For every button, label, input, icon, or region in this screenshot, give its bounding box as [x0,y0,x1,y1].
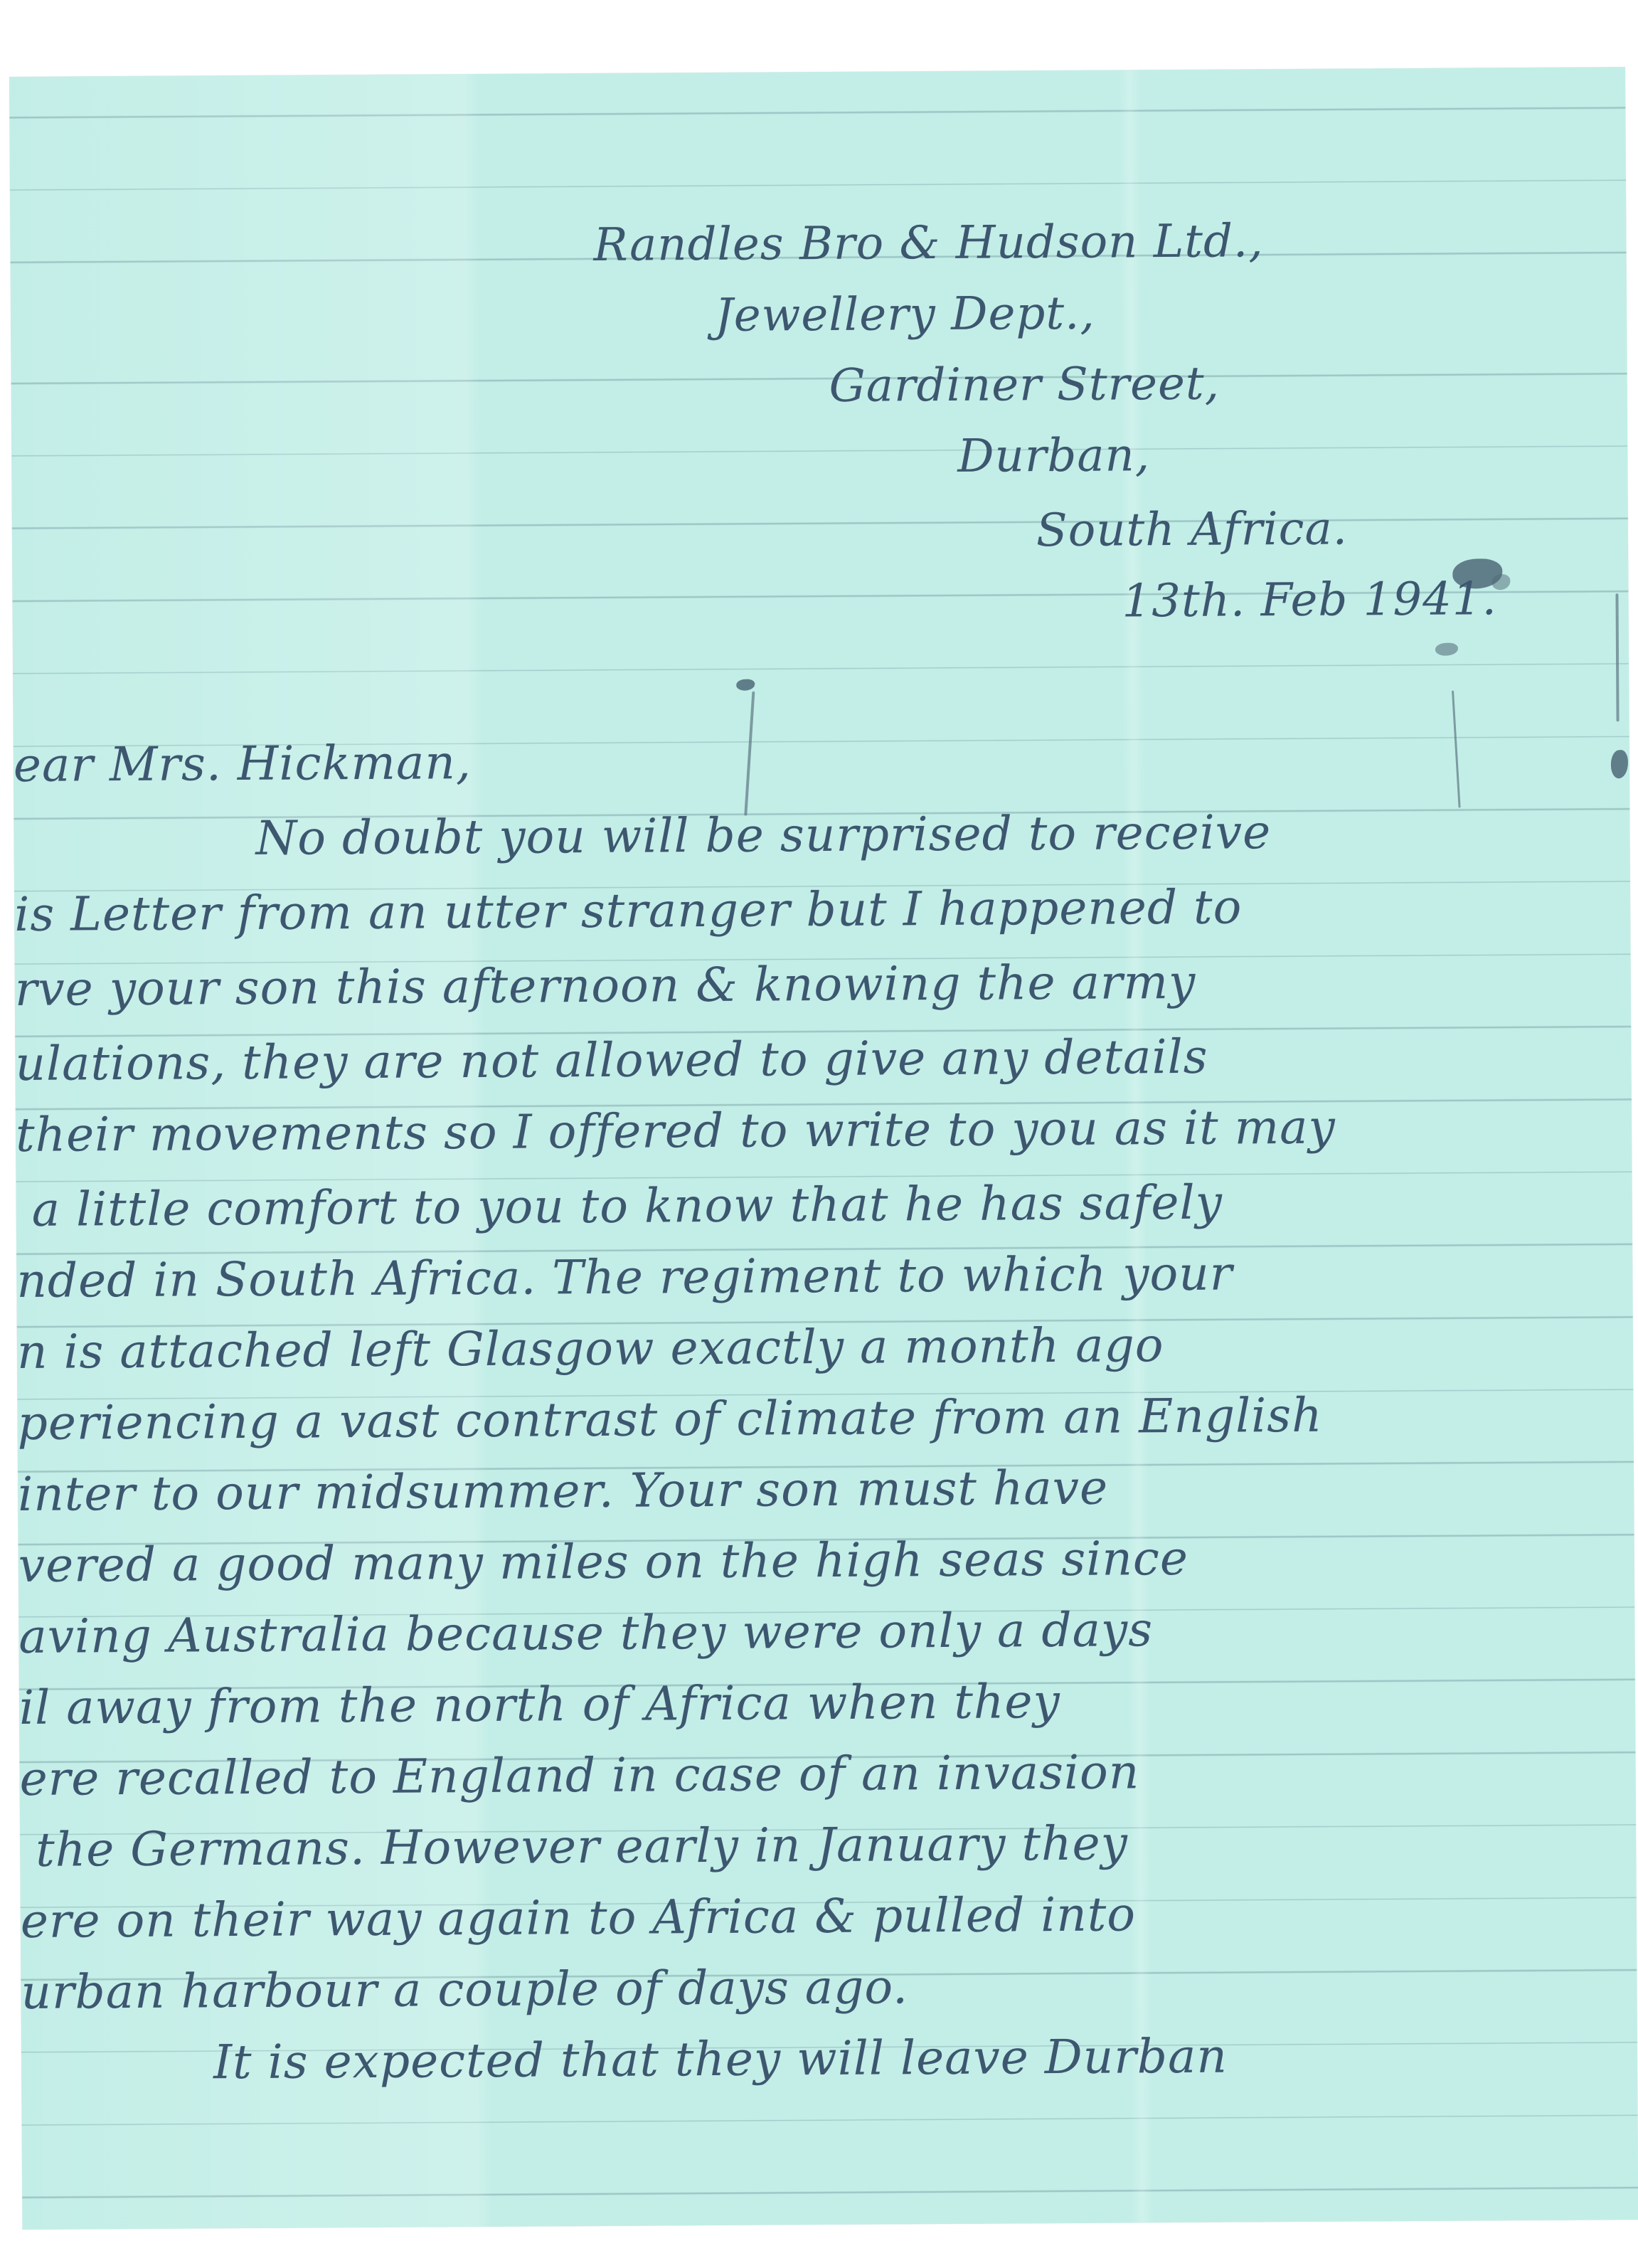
address-street: Gardiner Street, [829,361,1220,409]
address-country: South Africa. [1036,507,1348,554]
ink-blot-date [1435,643,1458,656]
body-line-17: urban harbour a couple of days ago. [21,1964,908,2016]
body-line-3: rve your son this afternoon & knowing th… [15,959,1196,1013]
body-line-10: inter to our midsummer. Your son must ha… [18,1465,1108,1518]
body-line-18: It is expected that they will leave Durb… [213,2033,1228,2087]
ink-streak-center [744,691,755,816]
ink-streak-edge [1615,593,1619,721]
body-line-14: ere recalled to England in case of an in… [19,1749,1139,1803]
address-department: Jewellery Dept., [715,291,1095,339]
body-line-13: il away from the north of Africa when th… [19,1678,1060,1732]
body-line-1: No doubt you will be surprised to receiv… [255,809,1271,862]
body-line-5: their movements so I offered to write to… [16,1104,1336,1159]
address-city: Durban, [957,433,1150,479]
ink-blot-edge [1611,750,1628,778]
body-line-12: aving Australia because they were only a… [18,1606,1153,1660]
body-line-16: ere on their way again to Africa & pulle… [21,1891,1137,1945]
body-line-11: vered a good many miles on the high seas… [18,1535,1189,1589]
ink-streak-right [1452,691,1461,808]
ink-blot-center [736,679,755,691]
letter-paper: Randles Bro & Hudson Ltd., Jewellery Dep… [9,67,1638,2230]
letter-date: 13th. Feb 1941. [1122,576,1497,624]
body-line-6: a little comfort to you to know that he … [32,1180,1223,1234]
body-line-8: n is attached left Glasgow exactly a mon… [17,1322,1164,1376]
body-line-4: ulations, they are not allowed to give a… [15,1034,1208,1088]
body-line-7: nded in South Africa. The regiment to wh… [16,1251,1233,1305]
address-company: Randles Bro & Hudson Ltd., [593,218,1264,268]
body-line-15: the Germans. However early in January th… [36,1820,1128,1873]
body-line-9: periencing a vast contrast of climate fr… [17,1392,1323,1447]
body-line-2: is Letter from an utter stranger but I h… [14,884,1243,938]
salutation: ear Mrs. Hickman, [14,739,472,789]
